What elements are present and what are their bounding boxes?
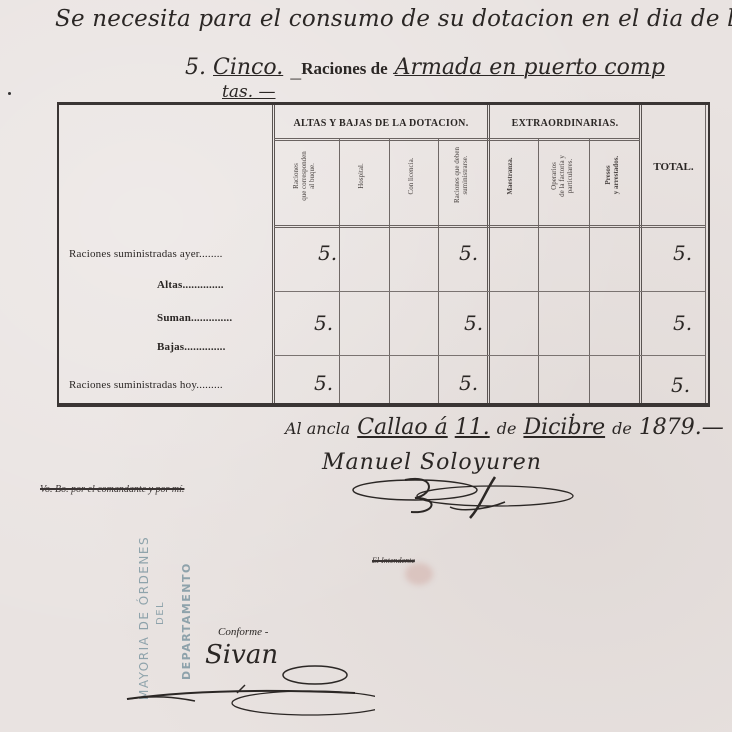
date-place: Callao á	[357, 415, 448, 440]
row-label-bajas: Bajas..............	[157, 341, 226, 353]
ration-number: 5.	[185, 55, 206, 80]
column-header-con-licencia: Con licencia.	[407, 136, 421, 216]
ration-printed-label: Raciones de	[301, 59, 387, 78]
cell-ayer-raciones-suministrarse: 5.	[459, 241, 478, 265]
cell-hoy-raciones-buque: 5.	[314, 371, 333, 395]
column-header-maestranza: Maestranza.	[506, 136, 520, 216]
date-day: 11.	[455, 415, 490, 440]
struck-text-left: Vo. Bo. por el comandante y por mí.	[40, 484, 184, 495]
column-header-raciones-buque: Raciones que corresponden al buque.	[292, 136, 320, 216]
row-label-raciones-ayer: Raciones suministradas ayer........	[69, 248, 223, 260]
cell-suman-total: 5.	[673, 311, 692, 335]
ink-dot	[8, 92, 11, 95]
ration-type-continuation: tas. —	[222, 82, 276, 102]
group-title-extraordinarias: EXTRAORDINARIAS.	[490, 118, 640, 129]
column-header-operarios: Operarios de la factoría y particulares.	[550, 136, 578, 216]
row-divider	[274, 291, 705, 292]
date-line: Al ancla Callao á 11. de Diciḃre de 1879…	[285, 415, 724, 440]
divider-group	[487, 105, 490, 405]
date-de-2: de	[612, 419, 632, 438]
cell-hoy-total: 5.	[671, 373, 690, 397]
cell-suman-raciones-buque: 5.	[314, 311, 333, 335]
divider-total	[639, 105, 642, 405]
signature-rubric-icon	[345, 472, 585, 522]
column-header-raciones-suministrarse: Raciones que deben suministrarse.	[453, 135, 473, 215]
signature-flourish-icon	[125, 655, 375, 725]
cell-ayer-total: 5.	[673, 241, 692, 265]
row-label-suman: Suman..............	[157, 312, 232, 324]
ration-dash: _	[290, 55, 301, 80]
cell-ayer-raciones-buque: 5.	[318, 241, 337, 265]
document-heading: Se necesita para el consumo de su dotaci…	[55, 6, 732, 32]
ration-type: Armada en puerto comp	[395, 55, 665, 80]
row-divider	[274, 355, 705, 356]
struck-text-right: El Intendente	[372, 556, 415, 565]
column-header-total: TOTAL.	[642, 161, 705, 173]
header-bottom	[274, 225, 705, 228]
ration-request-line: 5. Cinco. _Raciones de Armada en puerto …	[185, 55, 665, 80]
date-month: Diciḃre	[523, 415, 605, 440]
rations-table: ALTAS Y BAJAS DE LA DOTACION. EXTRAORDIN…	[57, 102, 710, 407]
column-header-presos: Presos y arrestados.	[604, 135, 624, 215]
row-label-raciones-hoy: Raciones suministradas hoy.........	[69, 379, 223, 391]
table-bottom	[59, 403, 708, 405]
cell-hoy-raciones-suministrarse: 5.	[459, 371, 478, 395]
conforme-label: Conforme -	[218, 626, 268, 638]
cell-suman-raciones-suministrarse: 5.	[464, 311, 483, 335]
divider-label-column	[272, 105, 275, 405]
group-title-altas-bajas: ALTAS Y BAJAS DE LA DOTACION.	[275, 118, 487, 129]
divider	[389, 138, 390, 405]
divider	[438, 138, 439, 405]
divider	[538, 138, 539, 405]
paper-stain	[405, 563, 433, 585]
date-de-1: de	[497, 419, 517, 438]
divider	[339, 138, 340, 405]
date-year: 1879.—	[639, 415, 724, 440]
divider-edge	[705, 105, 706, 405]
ration-number-words: Cinco.	[213, 55, 283, 80]
row-label-altas: Altas..............	[157, 279, 224, 291]
divider	[589, 138, 590, 405]
date-prefix: Al ancla	[285, 419, 350, 438]
column-header-hospital: Hospital.	[357, 136, 371, 216]
stamp-line-2: DEL	[155, 601, 166, 625]
